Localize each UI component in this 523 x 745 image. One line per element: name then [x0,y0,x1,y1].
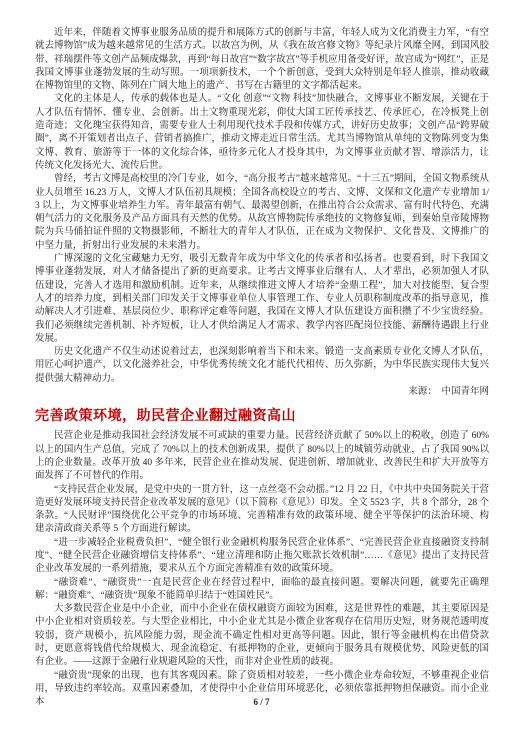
article2-paragraph: 大多数民营企业是中小企业，而中小企业在债权融资方面较为困难，这是世界性的难题，其… [35,603,489,669]
article1-paragraph: 文化的主体是人，传承的载体也是人。“文化 创意”“文物 科技”加快融合，文博事业… [35,93,489,173]
article1-paragraph: 历史文化遗产不仅生动述说着过去，也深刻影响着当下和未来。锻造一支高素质专业化文博… [35,346,489,386]
article1-body: 近年来，伴随着文博事业服务品质的提升和展陈方式的创新与丰富，年轻人成为文化消费主… [35,27,489,386]
page-number: 6 / 7 [0,696,523,708]
source-line: 来源： 中国青年网 [35,386,489,399]
article2-paragraph: “进一步减轻企业税费负担”、“健全银行业金融机构服务民营企业体系”、“完善民营企… [35,537,489,577]
article2-paragraph: “支持民营企业发展，是党中央的一贯方针，这一点丝毫不会动摇。”12 月 22 日… [35,484,489,537]
article2-title: 完善政策环境，助民营企业翻过融资高山 [35,406,489,425]
article2-body: 民营企业是推动我国社会经济发展不可或缺的重要力量。民营经济贡献了 50%以上的税… [35,430,489,709]
article1-paragraph: 曾经，考古文博是高校里的冷门专业，如今，“高分报考古”越来越常见。“十三五”期间… [35,173,489,253]
document-page: 近年来，伴随着文博事业服务品质的提升和展陈方式的创新与丰富，年轻人成为文化消费主… [0,0,523,745]
article1-paragraph: 广博深邃的文化宝藏魅力无穷，吸引无数青年成为中华文化的传承者和弘扬者。也要看到，… [35,253,489,346]
article2-paragraph: “融资难”、“融资贵”一直是民营企业在经营过程中，面临的最直接问题。要解决问题，… [35,577,489,604]
article1-paragraph: 近年来，伴随着文博事业服务品质的提升和展陈方式的创新与丰富，年轻人成为文化消费主… [35,27,489,93]
article2-paragraph: 民营企业是推动我国社会经济发展不可或缺的重要力量。民营经济贡献了 50%以上的税… [35,430,489,483]
